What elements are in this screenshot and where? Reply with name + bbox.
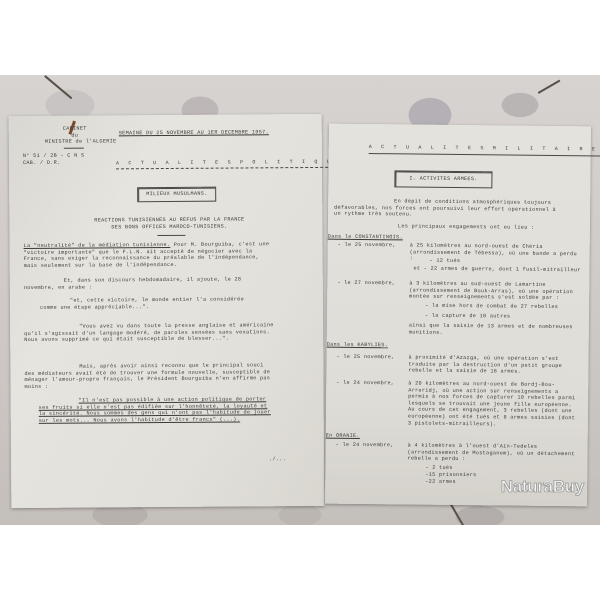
region-heading: Dans les KABYLIES. (327, 342, 389, 349)
event-text: à 4 kilomètres à l'ouest d'Aïn-Tedeles (… (407, 442, 579, 464)
event-text: à 20 kilomètres au nord-ouest de Bordj-B… (408, 380, 580, 428)
region-heading: En ORANIE. (326, 433, 360, 440)
subtitle-line: DES BONS OFFICES MAROCO-TUNISIENS. (69, 223, 269, 231)
quote: "Vous avez vu dans toute la presse angla… (24, 322, 274, 344)
loss-item: -15 prisonniers (425, 472, 476, 479)
ref-line: CAB. / D.R. (23, 159, 84, 166)
document-photo: CABINET du MINISTRE de l'ALGERIE N° 51 /… (0, 75, 600, 525)
event-text: à 3 kilomètres au sud-ouest de Lamartine… (409, 280, 579, 302)
loss-item: - la mise hors de combat de 27 rebelles (425, 303, 558, 311)
ref-line: N° 51 / 2B - C N S (23, 153, 84, 160)
event-date: - le 24 novembre, (336, 442, 394, 449)
event-date: - le 25 novembre, (337, 354, 395, 361)
event-date: - le 25 novembre, (338, 242, 396, 249)
category-box: MILIEUX MUSULMANS. (137, 187, 217, 202)
event-after: ainsi que la saisie de 13 armes et de no… (409, 322, 579, 337)
article-subtitle: REACTIONS TUNISIENNES AU REFUS PAR LA FR… (69, 216, 269, 231)
category-label: MILIEUX MUSULMANS. (146, 191, 207, 197)
loss-item: - la capture de 10 autres (425, 313, 510, 320)
divider (157, 235, 185, 236)
event-date: - le 24 novembre, (336, 380, 394, 387)
loss-item: - 2 tués (425, 465, 452, 472)
floor-crack (45, 75, 73, 99)
continuation-mark: ./... (269, 456, 286, 463)
category-box: I. ACTIVITES ARMEES. (394, 170, 492, 188)
loss-item: et - 22 armes de guerre, dont 1 fusil-mi… (413, 266, 580, 274)
paragraph: La "neutralité" de la médiation tunisien… (24, 241, 274, 269)
paragraph: Et, dans son discours hebdomadaire, il a… (24, 276, 274, 291)
left-document-page: CABINET du MINISTRE de l'ALGERIE N° 51 /… (9, 114, 325, 508)
reference-number: N° 51 / 2B - C N S CAB. / D.R. (23, 153, 85, 167)
right-document-page: A C T U A L I T E S M I L I T A I R E S … (325, 124, 591, 507)
loss-item: -22 armes (425, 479, 456, 486)
loss-item: - 12 tués (430, 258, 461, 265)
divider (64, 148, 84, 149)
region-heading: Dans le CONSTANTINOIS. (328, 234, 403, 241)
event-text: à proximité d'Azazga, où une opération s… (408, 354, 578, 376)
category-label: I. ACTIVITES ARMEES. (409, 175, 477, 182)
header-line: MINISTRE de l'ALGERIE (45, 139, 105, 146)
floor-crack (538, 80, 560, 94)
naturabuy-watermark: NaturaBuy (501, 477, 584, 497)
ministry-header: CABINET du MINISTRE de l'ALGERIE (45, 125, 105, 145)
intro-line: Les principaux engagements ont eu lieu : (398, 223, 535, 231)
quote: "Il n'est pas possible à une action poli… (39, 396, 274, 424)
intro-paragraph: En dépit de conditions atmosphériques to… (334, 198, 559, 220)
section-title: A C T U A L I T E S P O L I T I Q U E S (116, 159, 358, 169)
week-title: SEMAINE DU 25 NOVEMBRE AU 1ER DECEMBRE 1… (119, 129, 269, 137)
paragraph: Mais, après avoir ainsi reconnu que le p… (24, 362, 274, 390)
quote: "et, cette victoire, le monde entier l'a… (40, 296, 255, 311)
event-date: - le 27 novembre, (337, 280, 395, 287)
section-title: A C T U A L I T E S M I L I T A I R E S (369, 144, 600, 156)
